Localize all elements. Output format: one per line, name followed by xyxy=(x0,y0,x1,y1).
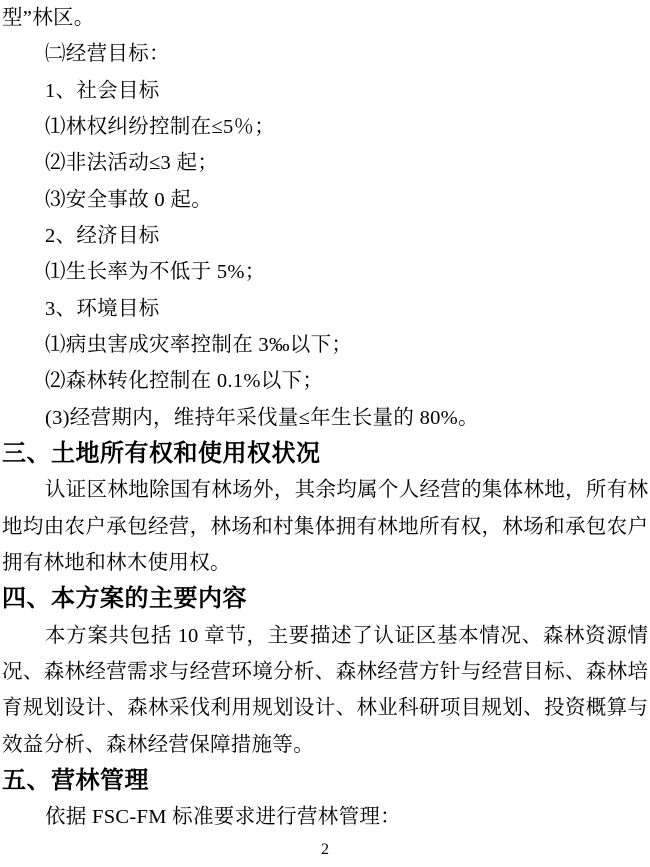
list-item: ⑵非法活动≤3 起； xyxy=(2,145,648,181)
list-item: ⑴病虫害成灾率控制在 3‰以下； xyxy=(2,327,648,363)
paragraph-line: 况、森林经营需求与经营环境分析、森林经营方针与经营目标、森林培 xyxy=(2,654,648,690)
list-item: ⑴林权纠纷控制在≤5％； xyxy=(2,109,648,145)
document-page: 型”林区。 ㈡经营目标： 1、社会目标 ⑴林权纠纷控制在≤5％； ⑵非法活动≤3… xyxy=(2,0,648,836)
list-item-heading: 3、环境目标 xyxy=(2,291,648,327)
paragraph-line: 拥有林地和林木使用权。 xyxy=(2,545,648,581)
paragraph-line: 依据 FSC-FM 标准要求进行营林管理： xyxy=(2,799,648,835)
subsection-label: ㈡经营目标： xyxy=(2,36,648,72)
list-item-heading: 2、经济目标 xyxy=(2,218,648,254)
paragraph-line: 本方案共包括 10 章节，主要描述了认证区基本情况、森林资源情 xyxy=(2,618,648,654)
body-line: 型”林区。 xyxy=(2,0,648,36)
list-item: (3)经营期内，维持年采伐量≤年生长量的 80%。 xyxy=(2,400,648,436)
section-heading: 五、营林管理 xyxy=(2,763,648,799)
section-heading: 三、土地所有权和使用权状况 xyxy=(2,436,648,472)
paragraph-line: 地均由农户承包经营，林场和村集体拥有林地所有权，林场和承包农户 xyxy=(2,509,648,545)
list-item: ⑴生长率为不低于 5%； xyxy=(2,254,648,290)
list-item-heading: 1、社会目标 xyxy=(2,73,648,109)
list-item: ⑵森林转化控制在 0.1%以下； xyxy=(2,363,648,399)
page-number: 2 xyxy=(0,833,650,867)
paragraph-line: 效益分析、森林经营保障措施等。 xyxy=(2,727,648,763)
paragraph-line: 认证区林地除国有林场外，其余均属个人经营的集体林地，所有林 xyxy=(2,472,648,508)
section-heading: 四、本方案的主要内容 xyxy=(2,581,648,617)
paragraph-line: 育规划设计、森林采伐利用规划设计、林业科研项目规划、投资概算与 xyxy=(2,690,648,726)
list-item: ⑶安全事故 0 起。 xyxy=(2,182,648,218)
